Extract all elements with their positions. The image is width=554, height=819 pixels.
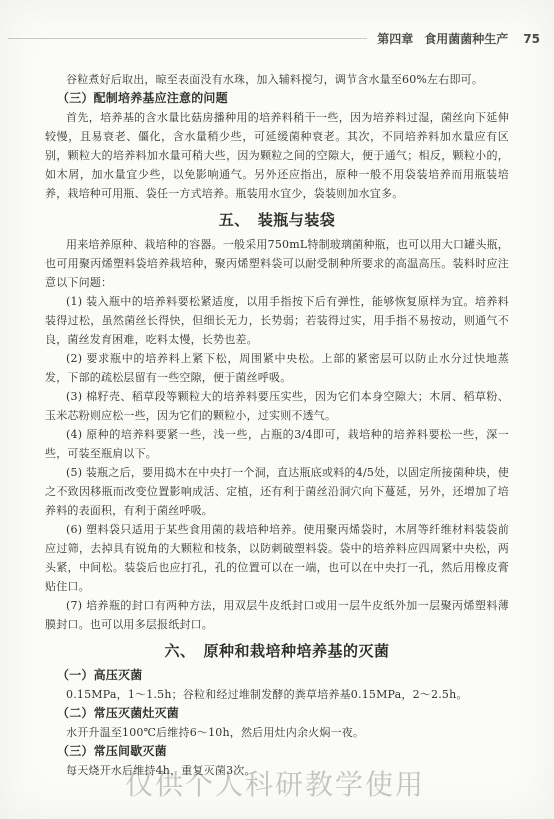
body-paragraph: 水开升温至100℃后维持6～10h，然后用灶内余火焖一夜。 (45, 723, 509, 742)
sub-heading: （二）常压灭菌灶灭菌 (45, 704, 509, 723)
body-paragraph: (7) 培养瓶的封口有两种方法，用双层牛皮纸封口或用一层牛皮纸外加一层聚丙烯塑料… (45, 596, 509, 634)
body-paragraph: (5) 装瓶之后，要用捣木在中央打一个洞，直达瓶底或料的4/5处，以固定所接菌种… (45, 463, 509, 520)
body-paragraph: (4) 原种的培养料要紧一些，浅一些，占瓶的3/4即可，栽培种的培养料要松一些，… (45, 425, 509, 463)
body-paragraph: 每天烧开水后维持4h，重复灭菌3次。 (45, 761, 509, 780)
body-paragraph: (1) 装入瓶中的培养料要松紧适度，以用手指按下后有弹性，能够恢复原样为宜。培养… (45, 292, 509, 349)
section-heading: 六、 原种和栽培种培养基的灭菌 (45, 641, 509, 661)
body-paragraph: 0.15MPa，1～1.5h；谷粒和经过堆制发酵的粪草培养基0.15MPa，2～… (45, 685, 509, 704)
body-paragraph: 用来培养原种、栽培种的容器。一般采用750mL特制玻璃菌种瓶，也可以用大口罐头瓶… (45, 235, 509, 292)
header-rule (8, 38, 367, 39)
header-chapter-title: 食用菌菌种生产 (424, 30, 508, 47)
page-content: 谷粒煮好后取出，晾至表面没有水珠，加入辅料搅匀，调节含水量至60%左右即可。（三… (45, 70, 509, 780)
sub-heading: （三）常压间歇灭菌 (45, 742, 509, 761)
body-paragraph: 首先，培养基的含水量比菇房播种用的培养料稍干一些，因为培养料过湿，菌丝向下延伸较… (45, 108, 509, 203)
header-page-number: 75 (523, 32, 540, 46)
sub-heading: （三）配制培养基应注意的问题 (45, 89, 509, 108)
header-chapter-label: 第四章 (377, 30, 413, 47)
sub-heading: （一）高压灭菌 (45, 666, 509, 685)
body-paragraph: (3) 棉籽壳、稻草段等颗粒大的培养料要压实些，因为它们本身空隙大；木屑、稻草粉… (45, 387, 509, 425)
section-heading: 五、 装瓶与装袋 (45, 210, 509, 230)
body-paragraph: 谷粒煮好后取出，晾至表面没有水珠，加入辅料搅匀，调节含水量至60%左右即可。 (45, 70, 509, 89)
body-paragraph: (2) 要求瓶中的培养料上紧下松，周围紧中央松。上部的紧密层可以防止水分过快地蒸… (45, 349, 509, 387)
body-paragraph: (6) 塑料袋只适用于某些食用菌的栽培种培养。使用聚丙烯袋时，木屑等纤维材料装袋… (45, 520, 509, 596)
page-header: 第四章 食用菌菌种生产 75 (8, 30, 540, 47)
